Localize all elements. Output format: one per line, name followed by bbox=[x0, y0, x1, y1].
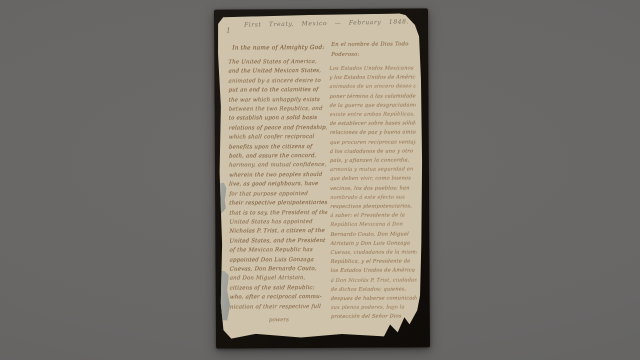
handwritten-line: República Mexicana á Don bbox=[330, 221, 417, 231]
handwritten-line: who, after a reciprocal commu- bbox=[229, 293, 328, 303]
english-column: In the name of Almighty God: The United … bbox=[228, 43, 328, 324]
handwritten-line: que deben vivir, como buenos bbox=[330, 175, 417, 185]
handwritten-line: Nicholas P. Trist, a citizen of the bbox=[229, 227, 328, 237]
handwritten-line: put an end to the calamities of bbox=[228, 86, 327, 96]
handwritten-line: poner término á las calamidades bbox=[329, 92, 416, 102]
handwritten-line: á Don Nicolás P. Trist, ciudadano bbox=[330, 276, 417, 286]
photo-background: First Treaty, Mexico — February 1848. 1 … bbox=[0, 0, 640, 360]
document-mat-backing: First Treaty, Mexico — February 1848. 1 … bbox=[214, 8, 430, 348]
handwritten-line: live, as good neighbours, have bbox=[229, 180, 328, 190]
spanish-column-heading: En el nombre de Dios Todo Poderoso: bbox=[331, 39, 415, 60]
handwritten-line: que procuren recíprocas ventajas bbox=[329, 138, 416, 148]
handwritten-line: relaciones de paz y buena amistad, bbox=[329, 129, 416, 139]
handwritten-line: and Don Miguel Atristain, bbox=[229, 274, 328, 284]
catchword: powers bbox=[230, 317, 328, 324]
handwritten-line: of the Mexican Republic has bbox=[229, 246, 328, 256]
spanish-column-lines: Los Estados Unidos Mexicanosy los Estado… bbox=[329, 64, 417, 322]
english-column-lines: The United States of America,and the Uni… bbox=[228, 58, 328, 313]
handwritten-line: los Estados Unidos de América bbox=[330, 267, 417, 277]
handwritten-line: nication of their respective full bbox=[229, 303, 328, 313]
handwritten-line: their respective plenipotentiaries, bbox=[229, 199, 328, 209]
handwritten-line: which shall confer reciprocal bbox=[228, 133, 327, 143]
handwritten-line: vecinos, los dos pueblos; han bbox=[330, 184, 417, 194]
tape-repair-upper bbox=[217, 182, 227, 214]
page-number-mark: 1 bbox=[226, 27, 231, 35]
handwritten-line: and the United Mexican States, bbox=[228, 67, 327, 77]
handwritten-line: to establish upon a solid basis bbox=[228, 114, 327, 124]
manuscript-page: First Treaty, Mexico — February 1848. 1 … bbox=[217, 13, 424, 342]
handwritten-line: protección del Señor Dios bbox=[331, 313, 418, 323]
handwritten-line: Bernardo Couto, Don Miguel bbox=[330, 230, 417, 240]
handwritten-line: that is to say, the President of the bbox=[229, 208, 328, 218]
handwritten-line: animados de un sincero deseo de bbox=[329, 83, 416, 93]
handwritten-line: harmony, and mutual confidence, bbox=[229, 161, 328, 171]
spanish-column: En el nombre de Dios Todo Poderoso: Los … bbox=[329, 39, 417, 322]
handwritten-line: appointed Don Luis Gonzaga bbox=[229, 255, 328, 265]
english-column-heading: In the name of Almighty God: bbox=[232, 43, 326, 54]
header-annotation: First Treaty, Mexico — February 1848. bbox=[244, 18, 416, 28]
